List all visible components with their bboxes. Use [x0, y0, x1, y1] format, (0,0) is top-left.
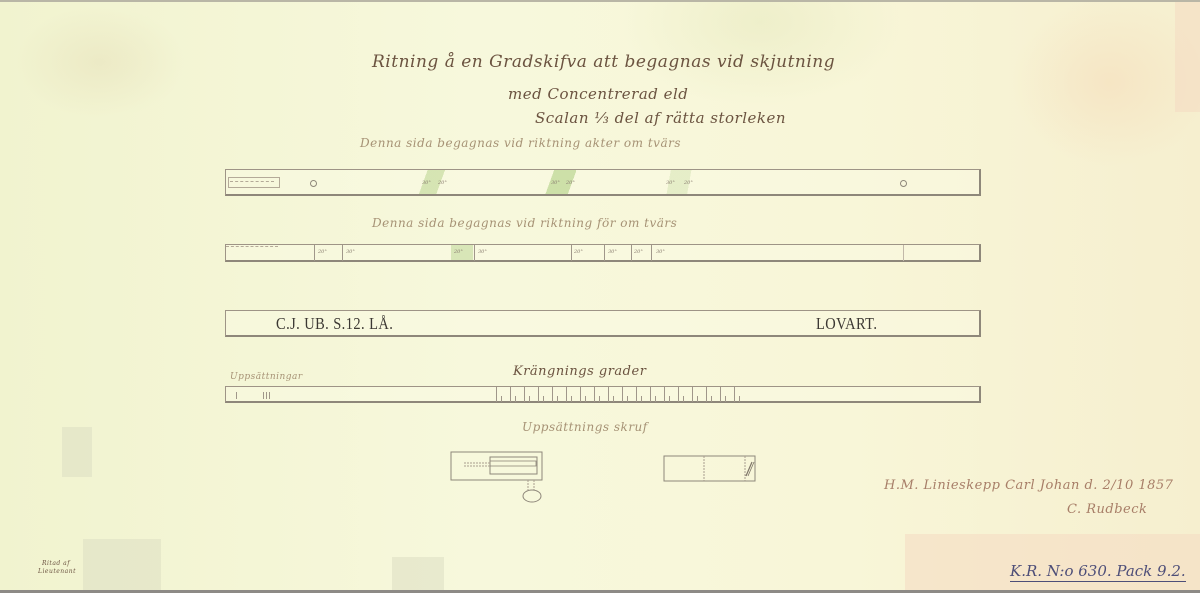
heel-degree-subtick	[515, 396, 516, 402]
settings-mark	[266, 392, 267, 399]
angle-mark: 20°	[574, 249, 583, 255]
heel-degree-subtick	[627, 396, 628, 402]
heel-degree-subtick	[697, 396, 698, 402]
settings-mark	[236, 392, 237, 399]
settings-mark	[269, 392, 270, 399]
heel-degree-tick	[608, 387, 609, 402]
heel-degree-subtick	[669, 396, 670, 402]
angle-mark: 30°	[608, 249, 617, 255]
angle-line	[604, 245, 605, 261]
draftsman-note-2: Lieutenant	[38, 568, 76, 575]
heel-degree-tick	[524, 387, 525, 402]
angle-mark: 20°	[634, 249, 643, 255]
heel-degree-subtick	[711, 396, 712, 402]
heel-degree-tick	[692, 387, 693, 402]
heel-degree-tick	[734, 387, 735, 402]
heel-degree-subtick	[599, 396, 600, 402]
scale-bar-aft: 30° 20° 30° 20° 30° 20°	[225, 169, 981, 196]
angle-line	[651, 245, 652, 261]
paper-patch	[392, 557, 444, 593]
angle-mark: 20°	[684, 180, 693, 186]
heel-degree-subtick	[739, 396, 740, 402]
paper-patch	[83, 539, 161, 593]
scale-note: Scalan ⅓ del af rätta storleken	[535, 109, 786, 127]
heel-degree-subtick	[725, 396, 726, 402]
draftsman-note-1: Ritad af	[42, 560, 70, 567]
scale-bar-forward: 20° 30° 20° 30° 20° 30° 20° 30°	[225, 244, 981, 262]
angle-line	[314, 245, 315, 261]
printed-plate: C.J. UB. S.12. LÅ. LOVART.	[225, 310, 981, 337]
heel-degree-subtick	[543, 396, 544, 402]
heel-degree-tick	[594, 387, 595, 402]
heel-degree-subtick	[571, 396, 572, 402]
signature-name: C. Rudbeck	[1067, 502, 1147, 517]
lower-side-label: Denna sida begagnas vid riktning för om …	[372, 216, 677, 230]
heel-degree-subtick	[529, 396, 530, 402]
heel-degree-subtick	[683, 396, 684, 402]
paper-patch	[62, 427, 92, 477]
heel-degree-subtick	[585, 396, 586, 402]
heel-degree-tick	[580, 387, 581, 402]
heel-degree-tick	[636, 387, 637, 402]
angle-mark: 20°	[438, 180, 447, 186]
drawing-subtitle: med Concentrerad eld	[508, 85, 688, 103]
heel-degree-tick	[706, 387, 707, 402]
heel-degree-tick	[664, 387, 665, 402]
heel-degree-subtick	[613, 396, 614, 402]
heel-degree-ruler	[225, 386, 981, 403]
heel-degree-subtick	[501, 396, 502, 402]
angle-mark: 30°	[551, 180, 560, 186]
heel-degree-tick	[538, 387, 539, 402]
slot-outline	[228, 177, 280, 188]
heel-degree-tick	[552, 387, 553, 402]
heel-degree-subtick	[557, 396, 558, 402]
settings-mark	[263, 392, 264, 399]
setting-block-drawing	[663, 454, 759, 484]
drawing-title: Ritning å en Gradskifva att begagnas vid…	[372, 52, 835, 72]
angle-line	[903, 245, 904, 261]
upper-side-label: Denna sida begagnas vid riktning akter o…	[360, 136, 681, 150]
angle-mark: 30°	[666, 180, 675, 186]
plate-left-text: C.J. UB. S.12. LÅ.	[276, 314, 393, 334]
angle-mark: 30°	[478, 249, 487, 255]
heel-degree-tick	[496, 387, 497, 402]
heel-degree-tick	[510, 387, 511, 402]
angle-mark: 20°	[454, 249, 463, 255]
angle-line	[342, 245, 343, 261]
angle-line	[631, 245, 632, 261]
archive-reference: K.R. N:o 630. Pack 9.2.	[1010, 562, 1186, 582]
heel-degree-tick	[650, 387, 651, 402]
edge-dashes	[226, 246, 278, 247]
angle-line	[474, 245, 475, 261]
angle-mark: 20°	[566, 180, 575, 186]
heel-degree-subtick	[655, 396, 656, 402]
heel-degree-tick	[622, 387, 623, 402]
slot-dashes	[230, 181, 274, 182]
plate-right-text: LOVART.	[816, 314, 877, 334]
signature-line: H.M. Linieskepp Carl Johan d. 2/10 1857	[884, 478, 1173, 493]
heel-degree-tick	[720, 387, 721, 402]
angle-mark: 30°	[346, 249, 355, 255]
pivot-hole	[310, 180, 317, 187]
angle-mark: 20°	[318, 249, 327, 255]
angle-mark: 30°	[422, 180, 431, 186]
drawing-sheet: Ritning å en Gradskifva att begagnas vid…	[0, 0, 1200, 593]
heel-degree-tick	[678, 387, 679, 402]
heel-degrees-label: Krängnings grader	[513, 364, 646, 379]
heel-degree-subtick	[641, 396, 642, 402]
angle-mark: 30°	[656, 249, 665, 255]
setting-screw-label: Uppsättnings skruf	[522, 420, 648, 434]
pivot-hole	[900, 180, 907, 187]
settings-label: Uppsättningar	[230, 372, 303, 382]
angle-line	[571, 245, 572, 261]
heel-degree-tick	[566, 387, 567, 402]
setting-screw-drawing	[448, 450, 548, 510]
paper-patch	[1175, 2, 1200, 112]
